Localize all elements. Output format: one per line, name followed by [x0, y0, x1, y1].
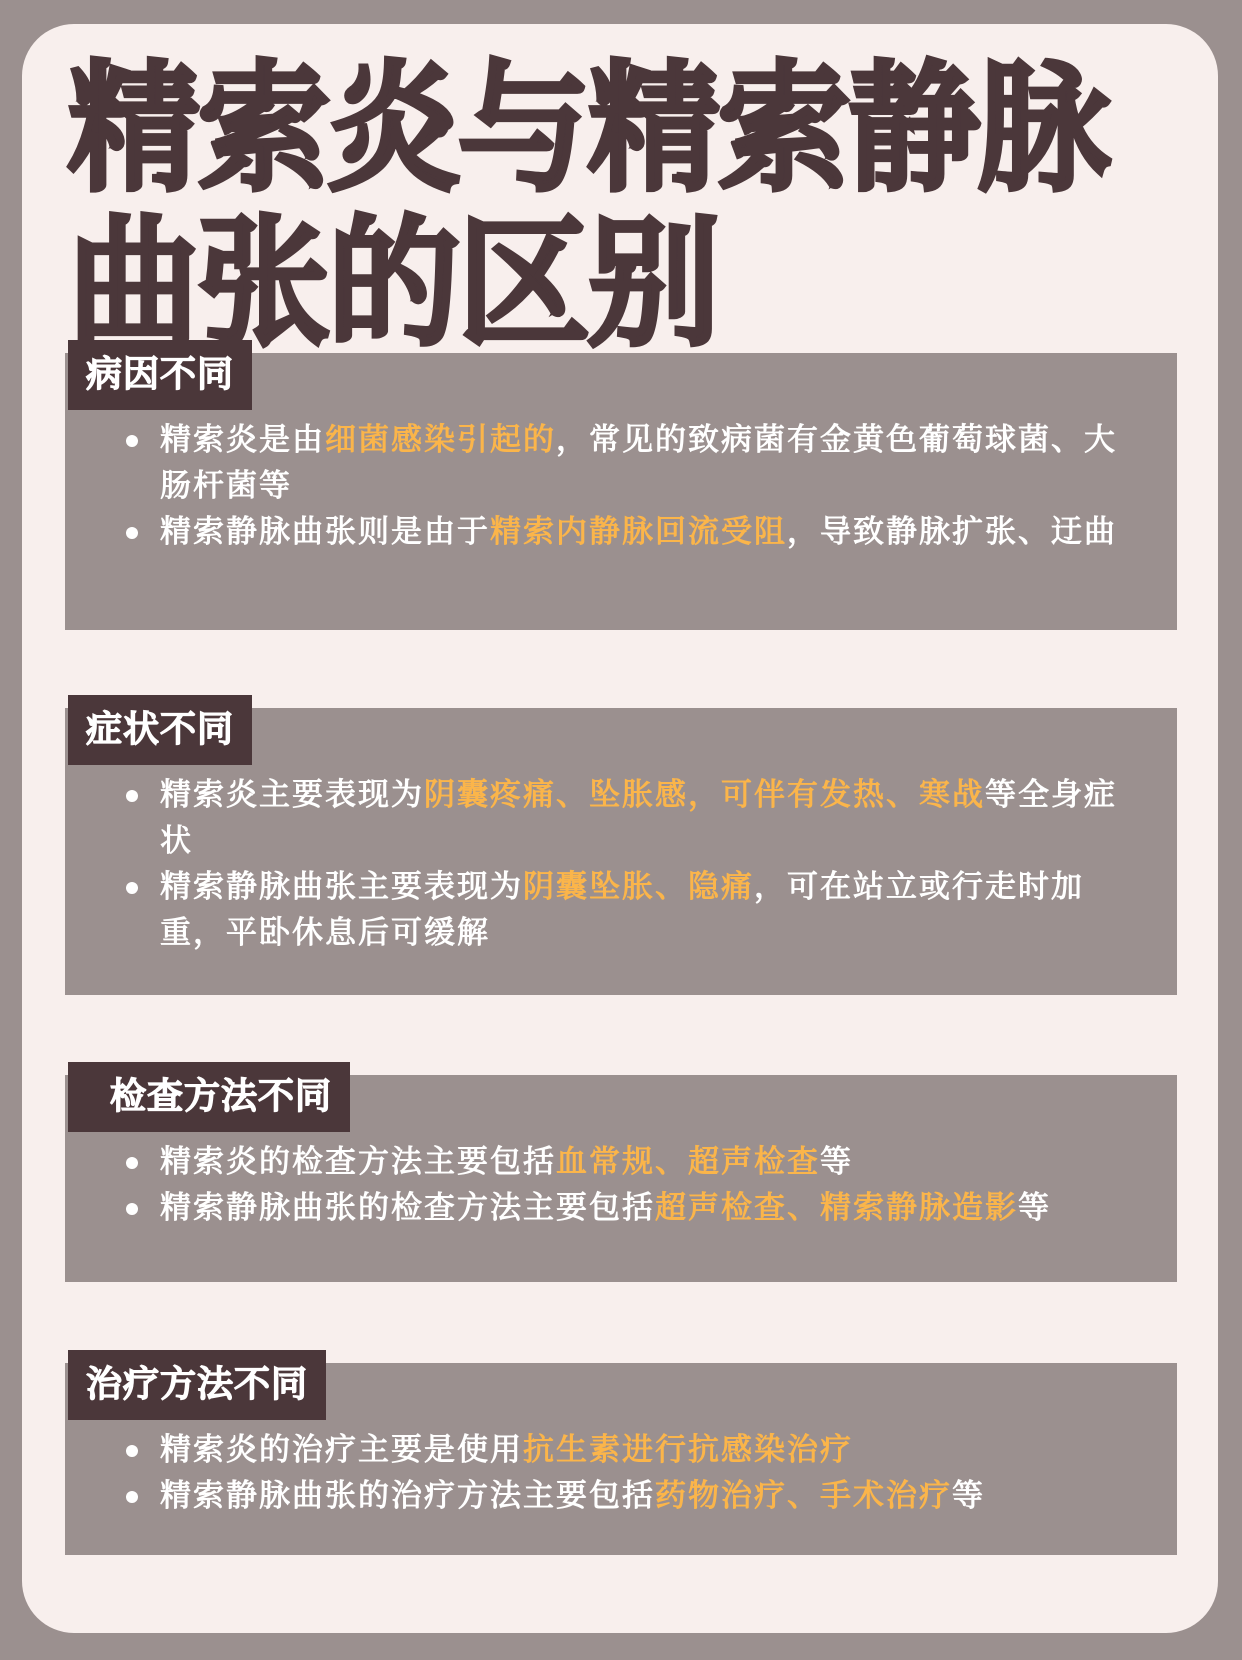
- highlight-text: 细菌感染引起的: [325, 422, 556, 458]
- section-label: 病因不同: [68, 340, 252, 410]
- section-label: 检查方法不同: [68, 1062, 350, 1132]
- bullet-list: 精索炎是由细菌感染引起的，常见的致病菌有金黄色葡萄球菌、大肠杆菌等 精索静脉曲张…: [160, 417, 1137, 555]
- highlight-text: 超声检查、精索静脉造影: [655, 1190, 1018, 1226]
- bullet-list: 精索炎主要表现为阴囊疼痛、坠胀感，可伴有发热、寒战等全身症状 精索静脉曲张主要表…: [160, 772, 1137, 956]
- highlight-text: 阴囊疼痛、坠胀感，可伴有发热、寒战: [424, 777, 985, 813]
- bullet-icon: [126, 527, 138, 539]
- bullet-icon: [126, 790, 138, 802]
- bullet-icon: [126, 1157, 138, 1169]
- list-item: 精索炎是由细菌感染引起的，常见的致病菌有金黄色葡萄球菌、大肠杆菌等: [160, 417, 1137, 509]
- section-treatment: 治疗方法不同 精索炎的治疗主要是使用抗生素进行抗感染治疗 精索静脉曲张的治疗方法…: [65, 1350, 1177, 1555]
- section-label: 症状不同: [68, 695, 252, 765]
- highlight-text: 阴囊坠胀、隐痛: [523, 869, 754, 905]
- list-item: 精索炎主要表现为阴囊疼痛、坠胀感，可伴有发热、寒战等全身症状: [160, 772, 1137, 864]
- list-item: 精索静脉曲张则是由于精索内静脉回流受阻，导致静脉扩张、迂曲: [160, 509, 1137, 555]
- highlight-text: 精索内静脉回流受阻: [490, 514, 787, 550]
- bullet-icon: [126, 1491, 138, 1503]
- list-item: 精索炎的治疗主要是使用抗生素进行抗感染治疗: [160, 1427, 1137, 1473]
- list-item: 精索炎的检查方法主要包括血常规、超声检查等: [160, 1139, 1137, 1185]
- page-title: 精索炎与精索静脉曲张的区别: [68, 52, 1178, 362]
- bullet-list: 精索炎的治疗主要是使用抗生素进行抗感染治疗 精索静脉曲张的治疗方法主要包括药物治…: [160, 1427, 1137, 1519]
- list-item: 精索静脉曲张的检查方法主要包括超声检查、精索静脉造影等: [160, 1185, 1137, 1231]
- section-symptoms: 症状不同 精索炎主要表现为阴囊疼痛、坠胀感，可伴有发热、寒战等全身症状 精索静脉…: [65, 695, 1177, 995]
- highlight-text: 抗生素进行抗感染治疗: [523, 1432, 853, 1468]
- highlight-text: 药物治疗、手术治疗: [655, 1478, 952, 1514]
- bullet-icon: [126, 882, 138, 894]
- bullet-list: 精索炎的检查方法主要包括血常规、超声检查等 精索静脉曲张的检查方法主要包括超声检…: [160, 1139, 1137, 1231]
- list-item: 精索静脉曲张主要表现为阴囊坠胀、隐痛，可在站立或行走时加重，平卧休息后可缓解: [160, 864, 1137, 956]
- bullet-icon: [126, 1203, 138, 1215]
- section-examination: 检查方法不同 精索炎的检查方法主要包括血常规、超声检查等 精索静脉曲张的检查方法…: [65, 1062, 1177, 1282]
- section-label: 治疗方法不同: [68, 1350, 326, 1420]
- section-cause: 病因不同 精索炎是由细菌感染引起的，常见的致病菌有金黄色葡萄球菌、大肠杆菌等 精…: [65, 340, 1177, 630]
- bullet-icon: [126, 435, 138, 447]
- bullet-icon: [126, 1445, 138, 1457]
- highlight-text: 血常规、超声检查: [556, 1144, 820, 1180]
- list-item: 精索静脉曲张的治疗方法主要包括药物治疗、手术治疗等: [160, 1473, 1137, 1519]
